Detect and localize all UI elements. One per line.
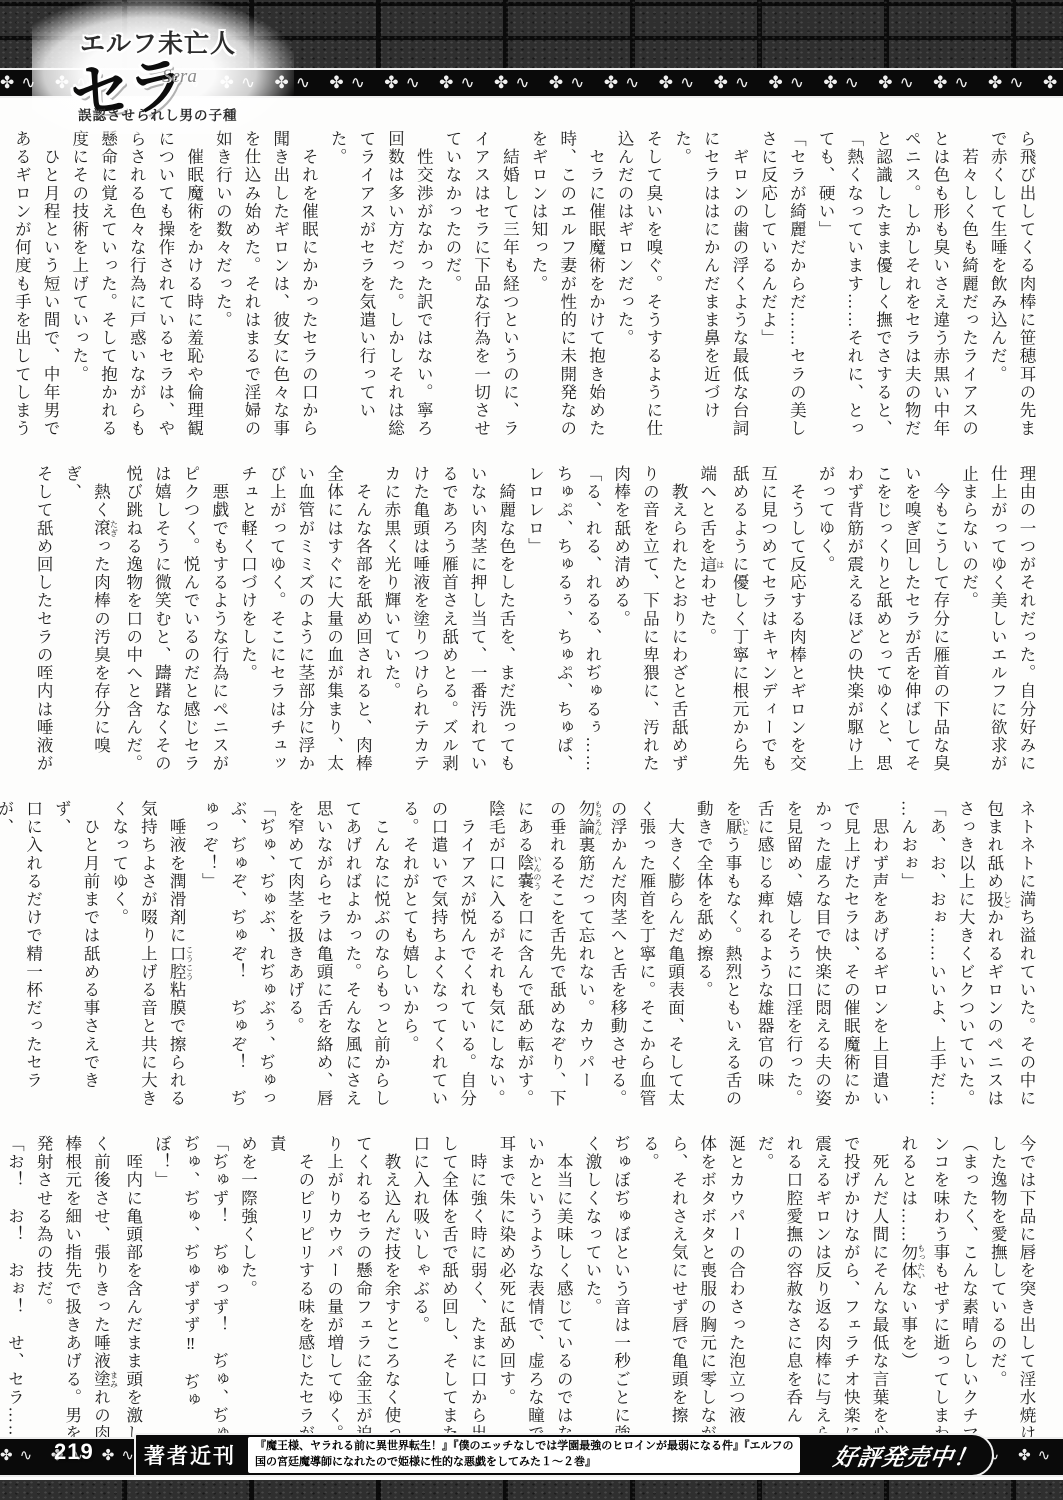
text-column: 棒根元を細い指先で扱きあげる。男を — [57, 1135, 86, 1445]
text-column: 悪戯でもするような行為にペニスが — [204, 465, 233, 775]
text-column: ペニス。しかしそれをセラは夫の物だ — [896, 130, 925, 440]
text-column: こをじっくりと舐めとってゆくと、思 — [868, 465, 897, 775]
text-column: さっき以上に大きくビクついていた。 — [950, 800, 979, 1110]
text-column: てライアスがセラを気遣い行っていた。 — [322, 130, 379, 440]
text-column: についても操作されているセラは、や — [150, 130, 179, 440]
text-column: ぢゅぼぢゅぼという音は一秒ごとに強 — [606, 1135, 635, 1445]
text-column: ネトネトに満ち溢れていた。その中に — [1011, 800, 1040, 1110]
text-column: と認識したまま優しく撫でさすると、 — [868, 130, 897, 440]
text-column: けた亀頭は唾液を塗りつけられテカテ — [405, 465, 434, 775]
text-column: び上がってゆく。そこにセラはチュッ — [262, 465, 291, 775]
text-column: 唾液を潤滑剤に口腔こうこう粘膜で擦られる — [161, 800, 193, 1110]
text-column: 舌に感じる痺れるような雄器官の味 — [749, 800, 778, 1110]
text-column: 大きく膨らんだ亀頭表面、そして太 — [660, 800, 689, 1110]
text-column: くなってゆく。 — [104, 800, 133, 1110]
text-column: 「ぢゅず！ ぢゅっず！ ぢゅ、ぢゅ — [204, 1135, 233, 1445]
text-column: 動きで全体を舐め擦る。 — [689, 800, 718, 1110]
text-column: 「お！ お！ おぉ！ せ、セラ…… — [0, 1135, 28, 1445]
sale-badge: 好評発売中！ — [831, 1439, 980, 1472]
text-column: で見上げたセラは、その催眠魔術にか — [836, 800, 865, 1110]
text-column: 全体にはすぐに大量の血が集まり、太 — [319, 465, 348, 775]
text-column: をギロンは知った。 — [523, 130, 552, 440]
text-column: カに赤黒く光り輝いていた。 — [376, 465, 405, 775]
text-column: ギロンの歯の浮くような最低な台詞 — [724, 130, 753, 440]
text-column: 口に入れるだけで精一杯だったセラが、 — [0, 800, 47, 1110]
text-column: い血管がミミズのように茎部分に浮か — [290, 465, 319, 775]
author-books-label: 著者近刊 — [144, 1440, 236, 1470]
text-column: ンコを味わう事もせずに逝ってしまわ — [925, 1135, 954, 1445]
text-column: 仕上がってゆく美しいエルフに欲求が — [983, 465, 1012, 775]
text-column: 時に強く時に弱く、たまに口から出 — [462, 1135, 491, 1445]
text-column: 思いながらセラは亀頭に舌を絡め、唇 — [308, 800, 337, 1110]
book-titles-line1: 『魔王様、ヤラれる前に異世界転生！』『僕のエッチなしでは学園最強のヒロインが最弱… — [255, 1440, 793, 1452]
text-column: 教え込んだ技を余すところなく使っ — [376, 1135, 405, 1445]
text-column: れる口腔愛撫の容赦なさに息を呑んだ。 — [749, 1135, 806, 1445]
text-column: 死んだ人間にそんな最低な言葉を心 — [864, 1135, 893, 1445]
text-column: 度にその技術を上げていった。 — [64, 130, 93, 440]
text-column: 震えるギロンは反り返る肉棒に与えら — [807, 1135, 836, 1445]
brick-wall-footer — [0, 1480, 1063, 1500]
text-column: かった虚ろな目で快楽に悶える夫の姿 — [807, 800, 836, 1110]
text-column: 今もこうして存分に雁首の下品な臭 — [925, 465, 954, 775]
text-column: こんなに悦ぶのならもっと前からし — [366, 800, 395, 1110]
text-column: を厭いとう事もなく。熱烈ともいえる舌の — [717, 800, 749, 1110]
text-column: して全体を舌で舐め回し、そしてまた — [434, 1135, 463, 1445]
text-column: る。それがとても嬉しいから。 — [395, 800, 424, 1110]
text-column: にセラははにかんだまま鼻を近づけた。 — [667, 130, 724, 440]
text-column: 懸命に覚えていった。そして抱かれる — [93, 130, 122, 440]
text-column: さに反応しているんだよ」 — [753, 130, 782, 440]
text-column: それを催眠にかかったセラの口から — [294, 130, 323, 440]
text-column: で赤くして生唾を飲み込んだ。 — [983, 130, 1012, 440]
text-column: めを一際強くした。 — [233, 1135, 262, 1445]
text-column: した逸物を愛撫しているのだ。 — [983, 1135, 1012, 1445]
text-column: ちゅぷ、ちゅるぅ、ちゅぷ、ちゅぱ、 — [549, 465, 578, 775]
text-column: 「る、れる、れるる、れぢゅるぅ…… — [577, 465, 606, 775]
text-column: 肉棒を舐め清める。 — [606, 465, 635, 775]
text-column: く激しくなっていた。 — [577, 1135, 606, 1445]
text-column: ても、硬い」 — [810, 130, 839, 440]
text-column: イアスはセラに下品な行為を一切させ — [466, 130, 495, 440]
text-column: を見留め、嬉しそうに口淫を行った。 — [778, 800, 807, 1110]
series-title-roman: Sera — [162, 66, 197, 88]
text-column: 体をボタボタと喪服の胸元に零しなが — [692, 1135, 721, 1445]
text-column: にある陰嚢いんのうを口に含んで舐め転がす。 — [509, 800, 541, 1110]
text-column: いかというような表情で、虚ろな瞳で — [520, 1135, 549, 1445]
text-column: 耳まで朱に染め必死に舐め回す。 — [491, 1135, 520, 1445]
text-column: く前後させ、張りきった唾液塗まみれの肉 — [86, 1135, 118, 1445]
text-column: 時、このエルフ妻が性的に未開発なの — [552, 130, 581, 440]
page-number: 219 — [54, 1439, 94, 1465]
text-column: 「熱くなっています……それに、とっ — [839, 130, 868, 440]
book-titles-line2: 国の宮廷魔導師になれたので姫様に性的な悪戯をしてみた１～２巻』 — [255, 1456, 596, 1468]
novel-text-band-4: 今では下品に唇を突き出して淫水焼けした逸物を愛撫しているのだ。（まったく、こんな… — [0, 1135, 1040, 1445]
text-column: れるとは……勿体もったいない事を） — [893, 1135, 925, 1445]
text-column: てくれるセラの懸命フェラに金玉が迫 — [348, 1135, 377, 1445]
text-column: …んおぉ」 — [893, 800, 922, 1110]
text-column: らされる色々な行為に戸惑いながらも — [122, 130, 151, 440]
series-logo: エルフ未亡人 セラ Sera 誤認させられし男の子種 — [58, 8, 268, 124]
novel-text-area: ら飛び出してくる肉棒に笹穂耳の先まで赤くして生唾を飲み込んだ。 若々しく色も綺麗… — [60, 130, 1040, 1430]
novel-text-band-1: ら飛び出してくる肉棒に笹穂耳の先まで赤くして生唾を飲み込んだ。 若々しく色も綺麗… — [7, 130, 1040, 440]
text-column: いない肉茎に押し当て、一番汚れてい — [462, 465, 491, 775]
text-column: セラに催眠魔術をかけて抱き始めた — [581, 130, 610, 440]
text-column: てあげればよかった。そんな風にさえ — [337, 800, 366, 1110]
text-column: 悦び跳ねる逸物を口の中へと含んだ。 — [118, 465, 147, 775]
text-column: 催眠魔術をかける時に羞恥や倫理観 — [179, 130, 208, 440]
text-column: 端へと舌を這はわせた。 — [692, 465, 724, 775]
novel-text-band-2: 理由の一つがそれだった。自分好みに仕上がってゆく美しいエルフに欲求が止まらないの… — [28, 465, 1040, 775]
text-column: あるギロンが何度も手を出してしまう — [7, 130, 36, 440]
text-column: 「セラが綺麗だからだ……セラの美し — [782, 130, 811, 440]
text-column: ひと月前までは舐める事さえできず、 — [47, 800, 104, 1110]
text-column: は嬉しそうに微笑むと、躊躇なくその — [147, 465, 176, 775]
text-column: （まったく、こんな素晴らしいクチマ — [954, 1135, 983, 1445]
text-column: 気持ちよさが啜り上げる音と共に大き — [133, 800, 162, 1110]
text-column: 思わず声をあげるギロンを上目遣い — [864, 800, 893, 1110]
text-column: ひと月程という短い間で、中年男で — [35, 130, 64, 440]
text-column: ぶ、ぢゅぞ、ぢゅぞ！ ぢゅぞ！ ぢ — [222, 800, 251, 1110]
text-column: ら、それさえ気にせず唇で亀頭を擦る。 — [635, 1135, 692, 1445]
text-column: がってゆく。 — [810, 465, 839, 775]
novel-text-band-3: ネトネトに満ち溢れていた。その中に包まれ舐め扱しごかれるギロンのペニスはさっき以… — [0, 800, 1040, 1110]
text-column: 結婚して三年も経つというのに、ラ — [495, 130, 524, 440]
text-column: の浮かんだ肉茎へと舌を移動させる。 — [602, 800, 631, 1110]
text-column: レロレロ」 — [520, 465, 549, 775]
text-column: ていなかったのだ。 — [437, 130, 466, 440]
text-column: 勿論もちろん裏筋だって忘れない。カウパー — [570, 800, 602, 1110]
text-column: 包まれ舐め扱しごかれるギロンのペニスは — [979, 800, 1011, 1110]
text-column: 「ぢゅ、ぢゅぶ、れぢゅぶぅ、ぢゅっ — [251, 800, 280, 1110]
text-column: そうして反応する肉棒とギロンを交 — [782, 465, 811, 775]
text-column: 回数は多い方だった。しかしそれは総 — [380, 130, 409, 440]
text-column: 込んだのはギロンだった。 — [609, 130, 638, 440]
text-column: く張った雁首を丁寧に。そこから血管 — [631, 800, 660, 1110]
text-column: るであろう雁首さえ舐めとる。ズル剥 — [434, 465, 463, 775]
text-column: 理由の一つがそれだった。自分好みに — [1011, 465, 1040, 775]
magazine-page: ✤∿ ✤∿ ✤∿ ✤∿ ✤∿ ✤∿ ✤∿ ✤∿ ✤∿ ✤∿ ✤∿ ✤∿ ✤∿ ✤… — [0, 0, 1063, 1500]
text-column: で投げかけながら、フェラチオ快楽に — [836, 1135, 865, 1445]
text-column: 咥内に亀頭部を含んだまま頭を激し — [118, 1135, 147, 1445]
text-column: 「あ、お、おぉ……いいよ、上手だ… — [922, 800, 951, 1110]
text-column: 熱く滾たぎった肉棒の汚臭を存分に嗅ぎ、 — [57, 465, 118, 775]
text-column: 本当に美味しく感じているのではな — [549, 1135, 578, 1445]
text-column: ら飛び出してくる肉棒に笹穂耳の先ま — [1011, 130, 1040, 440]
text-column: 聞き出したギロンは、彼女に色々な事 — [265, 130, 294, 440]
text-column: 今では下品に唇を突き出して淫水焼け — [1011, 1135, 1040, 1445]
text-column: 教えられたとおりにわざと舌舐めず — [663, 465, 692, 775]
text-column: 口に入れ吸いしゃぶる。 — [405, 1135, 434, 1445]
text-column: 如き行いの数々だった。 — [208, 130, 237, 440]
text-column: そのピリピリする味を感じたセラが責 — [262, 1135, 319, 1445]
footer-bar: ✤∿ ✤∿ ✤∿ ✤∿ ✤∿ ✤∿ ✤∿ ✤∿ ✤∿ ✤∿ ✤∿ ✤∿ ✤∿ ✤… — [0, 1432, 1063, 1480]
text-column: 止まらないのだ。 — [954, 465, 983, 775]
text-column: ゅっぞ！」 — [194, 800, 223, 1110]
author-books-panel: 著者近刊 『魔王様、ヤラれる前に異世界転生！』『僕のエッチなしでは学園最強のヒロ… — [134, 1433, 994, 1477]
text-column: 涎とカウパーの合わさった泡立つ液 — [721, 1135, 750, 1445]
text-column: とは色も形も臭いさえ違う赤黒い中年 — [925, 130, 954, 440]
text-column: りの音を立て、下品に卑猥に、汚れた — [635, 465, 664, 775]
text-column: を仕込み始めた。それはまるで淫婦の — [236, 130, 265, 440]
text-column: り上がりカウパーの量が増してゆく。 — [319, 1135, 348, 1445]
text-column: 性交渉がなかった訳ではない。寧ろ — [409, 130, 438, 440]
text-column: 陰毛が口に入るがそれも気にしない。 — [481, 800, 510, 1110]
text-column: 若々しく色も綺麗だったライアスの — [954, 130, 983, 440]
text-column: わず背筋が震えるほどの快楽が駆け上 — [839, 465, 868, 775]
text-column: 綺麗な色をした舌を、まだ洗っても — [491, 465, 520, 775]
text-column: いを嗅ぎ回したセラが舌を伸ばしてそ — [896, 465, 925, 775]
text-column: そして臭いを嗅ぐ。そうするように仕 — [638, 130, 667, 440]
book-titles: 『魔王様、ヤラれる前に異世界転生！』『僕のエッチなしでは学園最強のヒロインが最弱… — [248, 1437, 800, 1473]
text-column: ライアスが悦んでくれている。自分 — [452, 800, 481, 1110]
text-column: そんな各部を舐め回されると、肉棒 — [348, 465, 377, 775]
text-column: ピクつく。悦んでいるのだと感じセラ — [175, 465, 204, 775]
text-column: 互に見つめてセラはキャンディーでも — [753, 465, 782, 775]
text-column: そして舐め回したセラの咥内は唾液が — [28, 465, 57, 775]
text-column: 舐めるように優しく丁寧に根元から先 — [724, 465, 753, 775]
text-column: 発射させる為の技だ。 — [28, 1135, 57, 1445]
text-column: の口遣いで気持ちよくなってくれてい — [423, 800, 452, 1110]
text-column: ぢゅ、ぢゅ、ぢゅずずず‼ ぢゅぼ！」 — [147, 1135, 204, 1445]
series-subtitle: 誤認させられし男の子種 — [78, 104, 238, 124]
text-column: の垂れるそこを舌先で舐めなぞり、下 — [542, 800, 571, 1110]
text-column: を窄めて肉茎を扱きあげる。 — [280, 800, 309, 1110]
text-column: チュと軽く口づけをした。 — [233, 465, 262, 775]
